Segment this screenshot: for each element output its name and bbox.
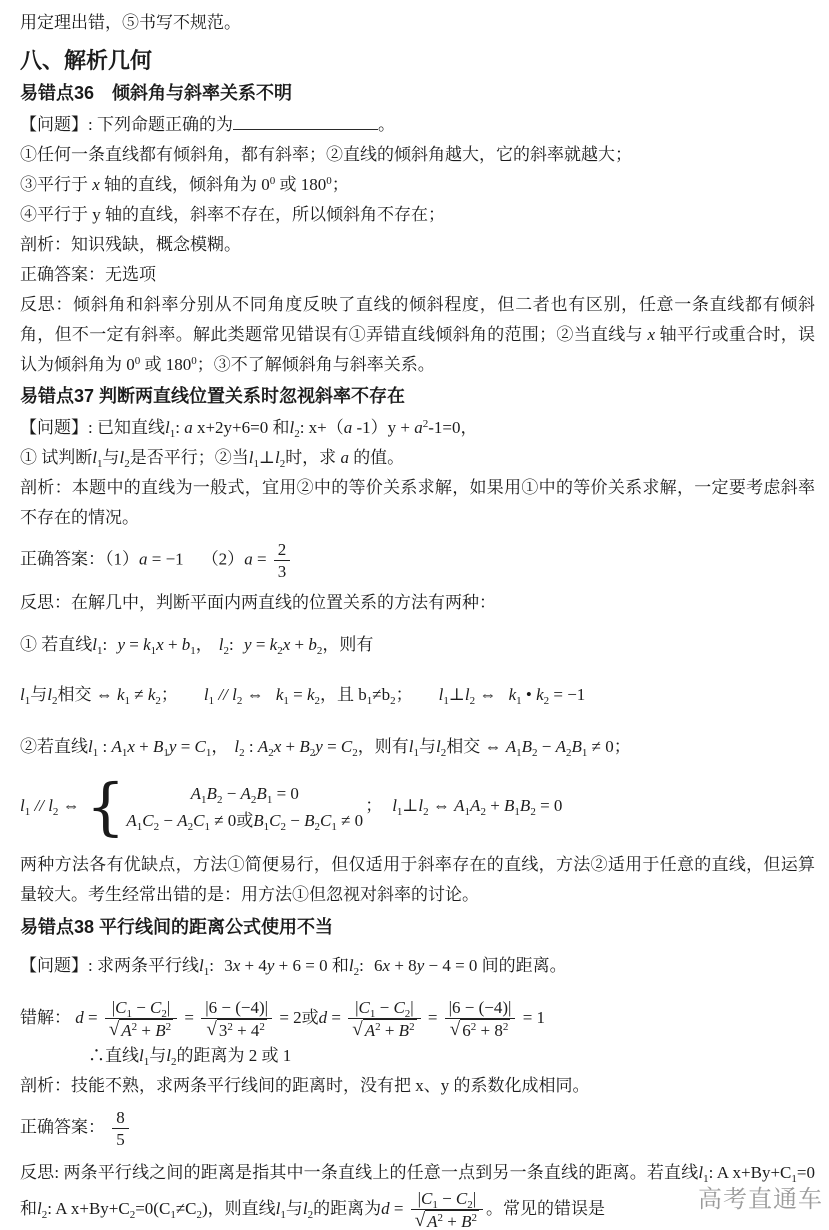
math-variable-subscripted: l2 (275, 448, 285, 467)
math-variable-subscripted: C2 (150, 998, 167, 1017)
text-run: : x+（ (300, 418, 344, 437)
text-run: − (286, 811, 304, 830)
text-run: = (84, 1008, 102, 1027)
fraction: |6 − (−4)|√32 + 42 (201, 997, 272, 1041)
math-variable-subscripted: C1 (421, 1189, 438, 1208)
text-run: ① 试判断 (20, 448, 92, 467)
text-run: = −1 (549, 685, 585, 704)
spacer (268, 699, 276, 700)
text-run: 2 (278, 540, 287, 559)
text-run: = 0 (272, 784, 299, 803)
text-run: = (253, 549, 271, 568)
text-run: ； (365, 796, 382, 815)
text-run: + 6 = 0 和 (274, 956, 348, 975)
analysis-36: 剖析：知识残缺，概念模糊。 (20, 230, 815, 260)
math-variable-subscripted: A2 (556, 737, 572, 756)
text-run: + (443, 1212, 461, 1230)
text-run: 与 (286, 1199, 303, 1218)
math-variable-subscripted: A2 (258, 737, 274, 756)
math-variable-subscripted: C2 (269, 811, 286, 830)
reflection-36: 反思：倾斜角和斜率分别从不同角度反映了直线的倾斜程度，但二者也有区别，任意一条直… (20, 290, 815, 380)
math-variable-subscripted: k1 (509, 685, 522, 704)
text-run: 剖析：知识残缺，概念模糊。 (20, 235, 241, 254)
text-run: = (323, 737, 341, 756)
text-run: 时，求 (285, 448, 340, 467)
text-run: ① 若直线 (20, 635, 92, 654)
spacer (413, 699, 439, 700)
text-run: ≠ 0； (587, 737, 630, 756)
text-run: ⇔ (429, 796, 455, 815)
math-variable-subscripted: C2 (142, 811, 159, 830)
paragraph-prev-section-tail: 用定理出错，⑤书写不规范。 (20, 8, 815, 38)
square-root: √62 + 82 (450, 1019, 511, 1041)
text-run: 【问题】: 求两条平行线 (20, 956, 199, 975)
square-root: √A2 + B2 (109, 1019, 173, 1041)
text-run: -1）y + (352, 418, 414, 437)
correct-answer-36: 正确答案：无选项 (20, 260, 815, 290)
text-run: 剖析：技能不熟，求两条平行线间的距离时，没有把 x、y 的系数化成相同。 (20, 1076, 590, 1095)
math-variable-subscripted: b2 (308, 635, 322, 654)
spacer (178, 699, 204, 700)
text-run: + 8 (476, 1021, 503, 1040)
text-run: | (167, 998, 170, 1017)
text-run: • (522, 685, 536, 704)
math-variable-subscripted: A1 (191, 784, 207, 803)
text-run: + (164, 635, 182, 654)
document-body: 用定理出错，⑤书写不规范。八、解析几何易错点36 倾斜角与斜率关系不明【问题】:… (0, 0, 829, 1230)
case-system: {A1B2 − A2B1 = 0A1C2 − A2C1 ≠ 0或B1C2 − B… (86, 778, 363, 836)
text-run: 正确答案：无选项 (20, 265, 156, 284)
text-run: |6 − (−4)| (205, 998, 268, 1017)
spacer (184, 563, 202, 564)
math-variable-subscripted: l1 (165, 418, 175, 437)
math-variable-subscripted: k2 (536, 685, 549, 704)
text-run: ≠C (176, 1199, 197, 1218)
text-run: 与 (149, 1046, 166, 1065)
text-run: 是否平行；②当 (130, 448, 249, 467)
method-1-definition: ① 若直线l1: y = k1x + b1，l2: y = k2x + b2，则… (20, 630, 815, 660)
math-variable: a (139, 549, 148, 568)
math-variable-subscripted: l2 (232, 685, 242, 704)
math-variable-subscripted: l1 (88, 737, 98, 756)
text-run: 8 (116, 1108, 125, 1127)
text-run: 或 180 (140, 355, 191, 374)
math-variable-subscripted: B2 (522, 737, 538, 756)
math-variable-subscripted: B1 (571, 737, 587, 756)
math-variable-subscripted: l1 (20, 685, 30, 704)
text-run: ， (211, 737, 228, 756)
text-run: : (245, 737, 258, 756)
text-run: x+2y+6=0 和 (193, 418, 290, 437)
text-run: ⇔ (475, 685, 501, 704)
text-run: + (137, 1021, 155, 1040)
text-run: 的距离为 2 或 1 (176, 1046, 291, 1065)
section-heading-analytic-geometry: 八、解析几何 (20, 45, 815, 77)
text-run: = 0 (536, 796, 563, 815)
text-run: -1=0， (428, 418, 477, 437)
text-run: − (159, 811, 177, 830)
text-run: ⊥ (449, 685, 465, 704)
option-1-2: ①任何一条直线都有倾斜角，都有斜率；②直线的倾斜角越大，它的斜率就越大； (20, 140, 815, 170)
math-variable-subscripted: A2 (241, 784, 257, 803)
math-variable-subscripted: B2 (207, 784, 223, 803)
text-run: = (125, 635, 143, 654)
math-variable-subscripted: l1 (409, 737, 419, 756)
math-variable-subscripted: l1 (92, 448, 102, 467)
text-run: : (209, 956, 218, 975)
radical-sign-icon: √ (109, 1019, 119, 1040)
text-run: ∴直线 (88, 1046, 139, 1065)
text-run: （2） (202, 549, 245, 568)
spacer (501, 699, 509, 700)
text-run: | (410, 998, 413, 1017)
math-variable-subscripted: k2 (148, 685, 161, 704)
text-run: + (281, 737, 299, 756)
math-variable-subscripted: k2 (270, 635, 283, 654)
text-run: 的距离为 (313, 1199, 381, 1218)
text-run: |6 − (−4)| (449, 998, 512, 1017)
math-variable-subscripted: l2 (418, 796, 428, 815)
text-run: )，则直线 (202, 1199, 276, 1218)
question-37: 【问题】: 已知直线l1: a x+2y+6=0 和l2: x+（a -1）y … (20, 413, 815, 443)
text-run: 用定理出错，⑤书写不规范。 (20, 13, 241, 32)
text-run: 正确答案： (20, 1117, 109, 1136)
math-variable-subscripted: l1 (92, 635, 102, 654)
math-variable-subscripted: l2 (436, 737, 446, 756)
question-36: 【问题】: 下列命题正确的为。 (20, 110, 815, 140)
text-run: ≠ (130, 685, 148, 704)
text-run: = (424, 1008, 442, 1027)
math-variable: a (344, 418, 353, 437)
math-variable-subscripted: l1 (392, 796, 402, 815)
square-root: √A2 + B2 (415, 1210, 479, 1230)
math-variable-subscripted: l2 (289, 418, 299, 437)
text-run: 或 180 (275, 175, 326, 194)
text-run: = (180, 1008, 198, 1027)
math-variable-subscripted: C2 (393, 998, 410, 1017)
correct-answer-37: 正确答案：（1）a = −1（2）a = 23 (20, 539, 815, 582)
superscript: 2 (472, 1212, 478, 1224)
math-variable: y (244, 635, 252, 654)
math-variable-subscripted: l1 (439, 685, 449, 704)
text-run: : (229, 635, 238, 654)
text-run: ⇔ (58, 796, 84, 815)
math-variable-subscripted: k2 (307, 685, 320, 704)
math-variable-subscripted: B1 (504, 796, 520, 815)
math-variable: B (155, 1021, 165, 1040)
fraction: |C1 − C2|√A2 + B2 (348, 997, 420, 1041)
math-variable-subscripted: l2 (37, 1199, 47, 1218)
text-run: ⊥ (259, 448, 275, 467)
subsection-heading-36: 易错点36 倾斜角与斜率关系不明 (20, 80, 815, 107)
text-run: ⇔ (242, 685, 268, 704)
math-variable-subscripted: C1 (193, 811, 210, 830)
text-run: 。 (378, 115, 395, 134)
text-run: + (290, 635, 308, 654)
math-variable-subscripted: C1 (115, 998, 132, 1017)
text-run: : (98, 737, 111, 756)
text-run: − 4 = 0 间的距离。 (424, 956, 566, 975)
math-variable-subscripted: B2 (520, 796, 536, 815)
text-run: 【问题】: 下列命题正确的为 (20, 115, 233, 134)
text-run: + (135, 737, 153, 756)
radical-sign-icon: √ (352, 1019, 362, 1040)
text-run: ⊥ (402, 796, 418, 815)
text-run: + 4 (240, 956, 267, 975)
math-variable-subscripted: l2 (166, 1046, 176, 1065)
math-variable-subscripted: l1 (249, 448, 259, 467)
math-variable-subscripted: l2 (303, 1199, 313, 1218)
brace-icon: { (86, 778, 125, 836)
math-variable-subscripted: B1 (253, 811, 269, 830)
radical-sign-icon: √ (450, 1019, 460, 1040)
analysis-38: 剖析：技能不熟，求两条平行线间的距离时，没有把 x、y 的系数化成相同。 (20, 1071, 815, 1101)
analysis-37: 剖析：本题中的直线为一般式，宜用②中的等价关系求解，如果用①中的等价关系求解，一… (20, 473, 815, 533)
fraction: |C1 − C2|√A2 + B2 (411, 1188, 483, 1230)
text-run: ④平行于 y 轴的直线，斜率不存在，所以倾斜角不存在； (20, 205, 445, 224)
math-variable-subscripted: A1 (454, 796, 470, 815)
math-variable: d (75, 1008, 84, 1027)
text-run: 易错点36 倾斜角与斜率关系不明 (20, 83, 292, 103)
text-run: ①任何一条直线都有倾斜角，都有斜率；②直线的倾斜角越大，它的斜率就越大； (20, 145, 632, 164)
math-variable-subscripted: l2 (119, 448, 129, 467)
math-variable: A (121, 1021, 131, 1040)
text-run: ； (161, 685, 178, 704)
text-run: : (102, 635, 111, 654)
methods-comparison: 两种方法各有优缺点，方法①简便易行，但仅适用于斜率存在的直线，方法②适用于任意的… (20, 850, 815, 910)
text-run: 剖析：本题中的直线为一般式，宜用②中的等价关系求解，如果用①中的等价关系求解，一… (20, 478, 815, 527)
text-run: 5 (116, 1130, 125, 1149)
text-run: 错解： (20, 1008, 75, 1027)
math-variable: y (315, 737, 323, 756)
math-variable: a (184, 418, 193, 437)
wrong-conclusion-38: ∴直线l1与l2的距离为 2 或 1 (20, 1041, 815, 1071)
text-run: 相交 ⇔ (446, 737, 506, 756)
math-variable: x (383, 956, 391, 975)
math-variable: d (381, 1199, 390, 1218)
square-root: √32 + 42 (206, 1019, 267, 1041)
radical-sign-icon: √ (415, 1210, 425, 1230)
text-run: ≠b (372, 685, 390, 704)
math-variable: a (340, 448, 349, 467)
text-run: 与 (30, 685, 47, 704)
option-3: ③平行于 x 轴的直线，倾斜角为 00 或 1800； (20, 170, 815, 200)
math-variable-subscripted: B1 (153, 737, 169, 756)
math-variable-subscripted: C1 (359, 998, 376, 1017)
math-variable-subscripted: k1 (143, 635, 156, 654)
text-run: − (375, 998, 393, 1017)
text-run: ； (332, 175, 349, 194)
superscript: 2 (166, 1021, 172, 1033)
subsection-heading-37: 易错点37 判断两直线位置关系时忽视斜率不存在 (20, 383, 815, 410)
math-variable-subscripted: A1 (111, 737, 127, 756)
math-variable-subscripted: l2 (234, 737, 244, 756)
text-run: | (473, 1189, 476, 1208)
text-run: : (175, 418, 184, 437)
text-run: 。常见的错误是 (486, 1199, 605, 1218)
text-run: − (132, 998, 150, 1017)
text-run: 轴的直线，倾斜角为 0 (100, 175, 270, 194)
math-variable-subscripted: A2 (470, 796, 486, 815)
fraction: |6 − (−4)|√62 + 82 (445, 997, 516, 1041)
text-run: 6 (374, 956, 383, 975)
subsection-heading-38: 易错点38 平行线间的距离公式使用不当 (20, 914, 815, 941)
math-variable-subscripted: B2 (299, 737, 315, 756)
math-variable: a (244, 549, 253, 568)
text-run: : (359, 956, 368, 975)
math-variable-subscripted: C2 (341, 737, 358, 756)
reflection-38: 反思: 两条平行线之间的距离是指其中一条直线上的任意一点到另一条直线的距离。若直… (20, 1158, 815, 1230)
text-run: − (538, 737, 556, 756)
math-variable-subscripted: l1 (204, 685, 214, 704)
answer-blank (233, 115, 378, 130)
math-variable: x (92, 175, 100, 194)
math-variable: // (214, 685, 232, 704)
math-variable-subscripted: l1 (276, 1199, 286, 1218)
math-variable: x (127, 737, 135, 756)
text-run: =0(C (135, 1199, 170, 1218)
text-run: − (438, 1189, 456, 1208)
text-run: ， (196, 635, 213, 654)
math-variable-subscripted: B2 (304, 811, 320, 830)
math-variable-subscripted: k1 (276, 685, 289, 704)
method-2-definition: ②若直线l1 : A1x + B1y = C1，l2 : A2x + B2y =… (20, 732, 815, 762)
math-variable-subscripted: l1 (139, 1046, 149, 1065)
math-variable: A (365, 1021, 375, 1040)
fraction: 23 (274, 539, 291, 582)
math-variable: y (117, 635, 125, 654)
text-run: ③平行于 (20, 175, 92, 194)
text-run: 易错点38 平行线间的距离公式使用不当 (20, 917, 333, 937)
scanned-math-document-page: { "page": { "background": "#ffffff", "te… (0, 0, 829, 1230)
math-variable-subscripted: C2 (456, 1189, 473, 1208)
math-variable-subscripted: l2 (48, 796, 58, 815)
math-variable-subscripted: C1 (320, 811, 337, 830)
fraction: |C1 − C2|√A2 + B2 (105, 997, 177, 1041)
math-variable-subscripted: l2 (465, 685, 475, 704)
text-run: 3 (224, 956, 233, 975)
method-1-conditions: l1与l2相交 ⇔ k1 ≠ k2；l1 // l2 ⇔ k1 = k2，且 b… (20, 680, 815, 710)
text-run: 两种方法各有优缺点，方法①简便易行，但仅适用于斜率存在的直线，方法②适用于任意的… (20, 855, 815, 904)
question-37-parts: ① 试判断l1与l2是否平行；②当l1⊥l2时，求 a 的值。 (20, 443, 815, 473)
text-run: − (222, 784, 240, 803)
text-run: 正确答案：（1） (20, 549, 139, 568)
text-run: + (486, 796, 504, 815)
math-variable-subscripted: A1 (506, 737, 522, 756)
spacer (382, 810, 392, 811)
text-run: 与 (102, 448, 119, 467)
text-run: ≠ 0 (337, 811, 363, 830)
reflection-37-intro: 反思：在解几中，判断平面内两直线的位置关系的方法有两种： (20, 588, 815, 618)
text-run: 【问题】: 已知直线 (20, 418, 165, 437)
math-variable-subscripted: A2 (177, 811, 193, 830)
math-variable: // (30, 796, 48, 815)
superscript: 2 (503, 1021, 509, 1033)
text-run: + (381, 1021, 399, 1040)
math-variable-subscripted: b1 (182, 635, 196, 654)
text-run: ，则有 (358, 737, 409, 756)
math-variable-subscripted: A1 (126, 811, 142, 830)
text-run: : A x+By+C (47, 1199, 129, 1218)
math-variable-subscripted: l2 (349, 956, 359, 975)
text-run: ，则有 (322, 635, 373, 654)
math-variable: A (427, 1212, 437, 1230)
text-run: 3 (278, 562, 287, 581)
text-run: = −1 (148, 549, 184, 568)
math-variable: a (414, 418, 423, 437)
text-run: 6 (462, 1021, 471, 1040)
text-run: ，且 b (320, 685, 367, 704)
math-variable-subscripted: l2 (219, 635, 229, 654)
math-variable-subscripted: k1 (117, 685, 130, 704)
text-run: ； (396, 685, 413, 704)
question-38: 【问题】: 求两条平行线l1: 3x + 4y + 6 = 0 和l2: 6x … (20, 951, 815, 981)
correct-answer-38: 正确答案： 85 (20, 1107, 815, 1150)
text-run: = 1 (518, 1008, 545, 1027)
text-run: 与 (419, 737, 436, 756)
math-variable-subscripted: B1 (256, 784, 272, 803)
text-run: = (327, 1008, 345, 1027)
watermark: 高考直通车 (698, 1179, 823, 1214)
superscript: 2 (259, 1021, 265, 1033)
math-variable-subscripted: l1 (199, 956, 209, 975)
text-run: + 8 (390, 956, 417, 975)
math-variable: B (461, 1212, 471, 1230)
text-run: = (176, 737, 194, 756)
text-run: ；③不了解倾斜角与斜率关系。 (197, 355, 435, 374)
math-variable: x (156, 635, 164, 654)
math-variable-subscripted: l2 (47, 685, 57, 704)
text-run: 易错点37 判断两直线位置关系时忽视斜率不存在 (20, 386, 405, 406)
text-run: 相交 ⇔ (57, 685, 117, 704)
text-run: = (252, 635, 270, 654)
text-run: = (289, 685, 307, 704)
text-run: = (390, 1199, 408, 1218)
text-run: ②若直线 (20, 737, 88, 756)
math-variable: B (399, 1021, 409, 1040)
method-2-parallel-perpendicular: l1 // l2 ⇔ {A1B2 − A2B1 = 0A1C2 − A2C1 ≠… (20, 778, 815, 836)
wrong-solution-38: 错解： d = |C1 − C2|√A2 + B2 = |6 − (−4)|√3… (20, 997, 815, 1041)
option-4: ④平行于 y 轴的直线，斜率不存在，所以倾斜角不存在； (20, 200, 815, 230)
math-variable: d (319, 1008, 328, 1027)
text-run: = 2或 (275, 1008, 319, 1027)
radical-sign-icon: √ (206, 1019, 216, 1040)
text-run: ≠ 0或 (210, 811, 253, 830)
math-variable-subscripted: C1 (195, 737, 212, 756)
text-run: 反思: 两条平行线之间的距离是指其中一条直线上的任意一点到另一条直线的距离。若直… (20, 1163, 698, 1182)
text-run: 八、解析几何 (20, 48, 152, 73)
text-run: + 4 (233, 1021, 260, 1040)
text-run: 反思：在解几中，判断平面内两直线的位置关系的方法有两种： (20, 593, 496, 612)
fraction: 85 (112, 1107, 129, 1150)
text-run: 的值。 (349, 448, 404, 467)
math-variable-subscripted: l1 (20, 796, 30, 815)
superscript: 2 (409, 1021, 415, 1033)
math-variable: x (647, 325, 655, 344)
square-root: √A2 + B2 (352, 1019, 416, 1041)
